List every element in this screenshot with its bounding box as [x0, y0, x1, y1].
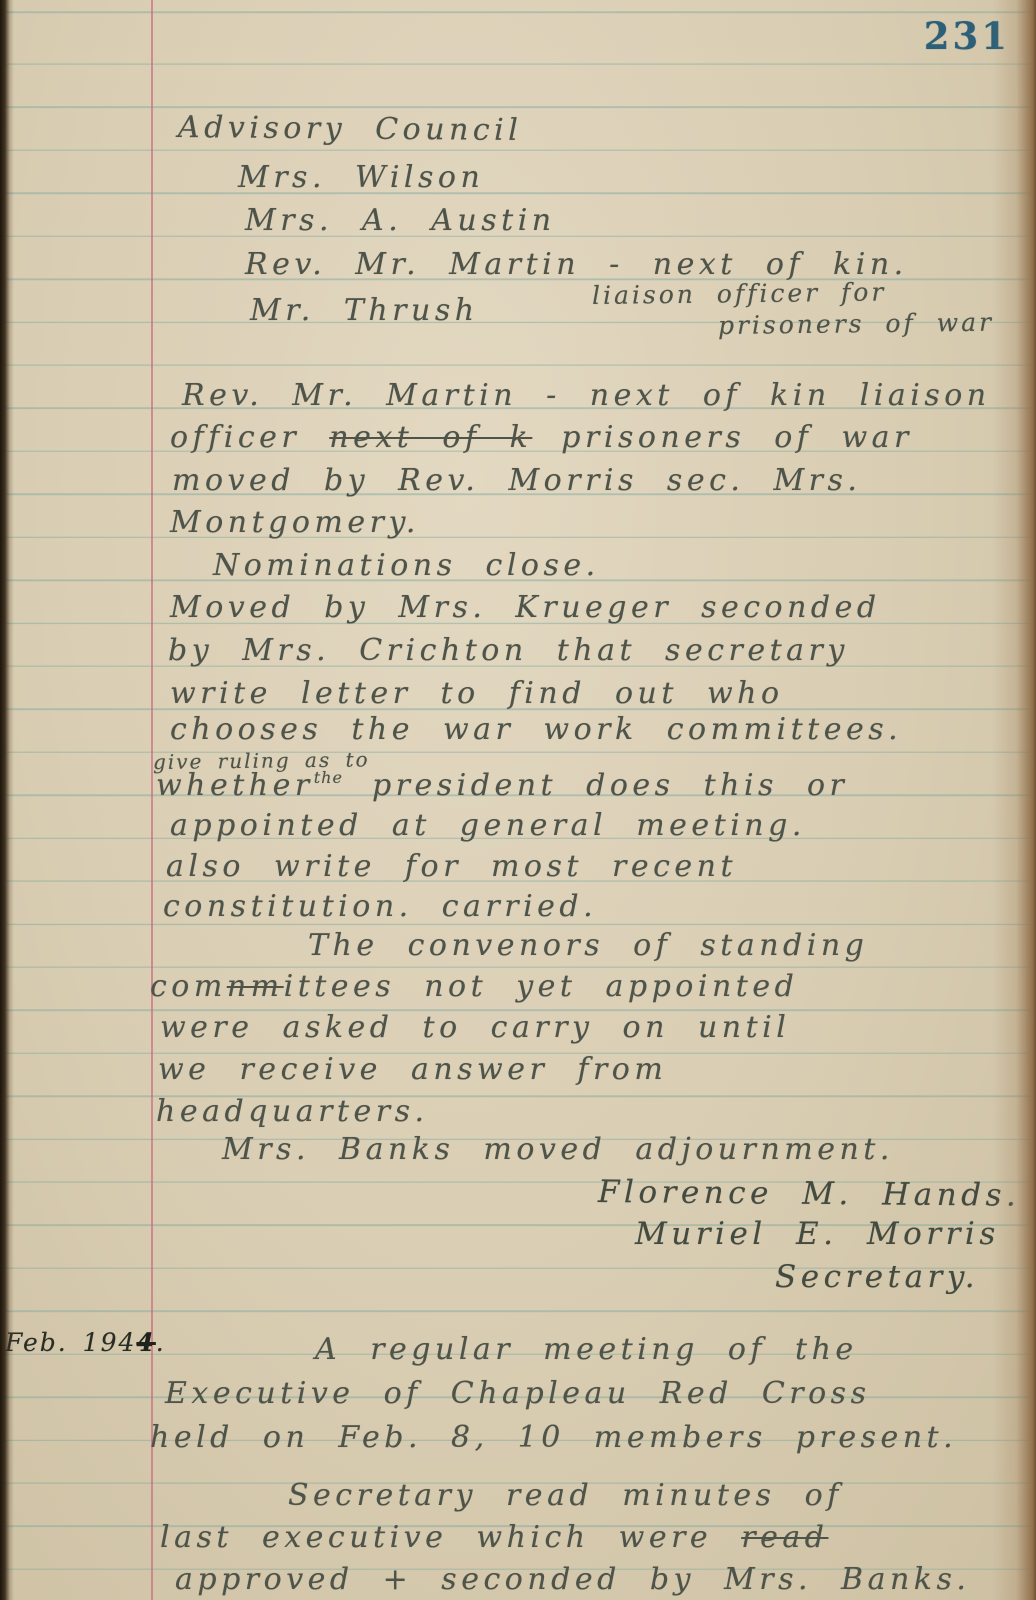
- line-segment: officer: [170, 420, 329, 455]
- council-member: Mrs. A. Austin: [245, 203, 556, 238]
- line-segment: ittees not yet appointed: [284, 969, 799, 1004]
- line-segment: whether: [156, 768, 314, 803]
- struck-text: read: [741, 1520, 828, 1555]
- meeting-line: last executive which were read: [160, 1520, 828, 1555]
- minutes-line: by Mrs. Crichton that secretary: [168, 633, 849, 668]
- council-member: Rev. Mr. Martin - next of kin.: [245, 247, 908, 282]
- minutes-line: appointed at general meeting.: [170, 808, 806, 843]
- notebook-page: 231 Advisory Council Mrs. Wilson Mrs. A.…: [0, 0, 1036, 1600]
- council-member: Mrs. Wilson: [238, 160, 484, 195]
- minutes-line: Mrs. Banks moved adjournment.: [222, 1132, 894, 1167]
- minutes-line: Montgomery.: [170, 505, 420, 540]
- line-segment: Feb. 194: [5, 1328, 136, 1357]
- signature: Florence M. Hands.: [598, 1174, 1021, 1214]
- superscript-insertion: the: [314, 768, 343, 787]
- minutes-line: moved by Rev. Morris sec. Mrs.: [172, 463, 861, 498]
- minutes-line: whetherthe president does this or: [156, 768, 848, 803]
- council-side-note: liaison officer for: [592, 277, 887, 310]
- margin-date: Feb. 1944.: [5, 1328, 166, 1357]
- minutes-line: Moved by Mrs. Krueger seconded: [170, 590, 881, 625]
- meeting-line: Secretary read minutes of: [288, 1478, 843, 1513]
- council-side-note: prisoners of war: [718, 308, 994, 340]
- page-gutter-edge: [992, 0, 1036, 1600]
- minutes-line: The convenors of standing: [308, 928, 868, 963]
- minutes-line: headquarters.: [156, 1094, 429, 1129]
- minutes-line: write letter to find out who: [170, 676, 784, 711]
- line-segment: president does this or: [343, 768, 848, 803]
- signature: Muriel E. Morris: [635, 1216, 1000, 1252]
- minutes-line: were asked to carry on until: [160, 1010, 790, 1045]
- meeting-line: held on Feb. 8, 10 members present.: [150, 1420, 957, 1455]
- minutes-line: Nominations close.: [213, 548, 600, 583]
- red-margin-line: [151, 0, 153, 1600]
- line-segment: prisoners of war: [532, 420, 913, 455]
- council-member: Mr. Thrush: [250, 293, 479, 328]
- line-segment: last executive which were: [160, 1520, 741, 1555]
- struck-text: 4: [136, 1328, 155, 1357]
- struck-text: next of k: [329, 420, 532, 455]
- meeting-line: A regular meeting of the: [315, 1332, 858, 1367]
- minutes-line: comnmittees not yet appointed: [150, 969, 798, 1004]
- minutes-line: Rev. Mr. Martin - next of kin liaison: [182, 378, 991, 413]
- minutes-line: also write for most recent: [166, 849, 737, 884]
- line-segment: com: [150, 969, 227, 1004]
- struck-text: nm: [227, 969, 284, 1004]
- binding-edge: [0, 0, 14, 1600]
- minutes-line: chooses the war work committees.: [170, 712, 902, 747]
- minutes-line: we receive answer from: [158, 1052, 667, 1087]
- minutes-line: constitution. carried.: [163, 889, 597, 924]
- line-segment: .: [156, 1328, 166, 1357]
- minutes-line: officer next of k prisoners of war: [170, 420, 913, 455]
- signature-title: Secretary.: [775, 1259, 979, 1295]
- council-heading: Advisory Council: [178, 110, 523, 148]
- meeting-line: Executive of Chapleau Red Cross: [165, 1376, 870, 1411]
- meeting-line: approved + seconded by Mrs. Banks.: [175, 1562, 970, 1597]
